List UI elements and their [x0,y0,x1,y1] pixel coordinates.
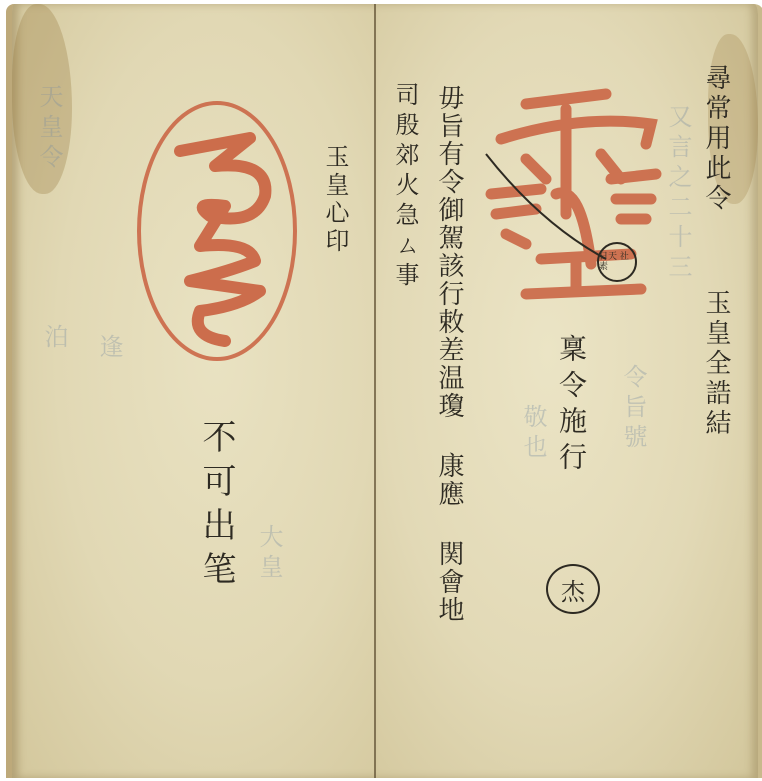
bleed-through-text: 大皇 [252,524,287,584]
bleed-through-text: 泊 [37,324,72,354]
text-column: 毋旨有令御駕該行敕差温瓊 康應 関會地 [431,84,468,624]
bleed-through-text: 令旨號 [616,364,651,454]
text-column: 不可出笔 [192,419,241,595]
text-column: 尋常用此令 [698,64,735,214]
text-column: 玉皇全誥結 [698,289,735,439]
circled-mark: 杰 [546,564,600,614]
bleed-through-text: 敬也 [516,404,551,464]
bleed-through-text: 逢 [92,334,127,364]
bleed-through-text: 天皇令 [32,84,67,174]
vermilion-talisman-glyph-icon [481,84,671,314]
manuscript-spread: 天皇令 逢 泊 大皇 玉皇心印 不可出笔 又言之二十三 令旨號 敬也 [6,4,758,778]
text-column: 司殷郊火急ㄙ事 [388,82,423,292]
vermilion-oval-talisman-icon [130,96,305,366]
text-column: 玉皇心印 [318,144,353,256]
small-ink-seal: 日天 社 素 [597,242,637,282]
right-page: 又言之二十三 令旨號 敬也 日天 社 素 尋常用此令 玉皇全誥結 稟令施行 [376,4,762,778]
left-page: 天皇令 逢 泊 大皇 玉皇心印 不可出笔 [6,4,382,778]
text-column: 稟令施行 [551,334,591,478]
